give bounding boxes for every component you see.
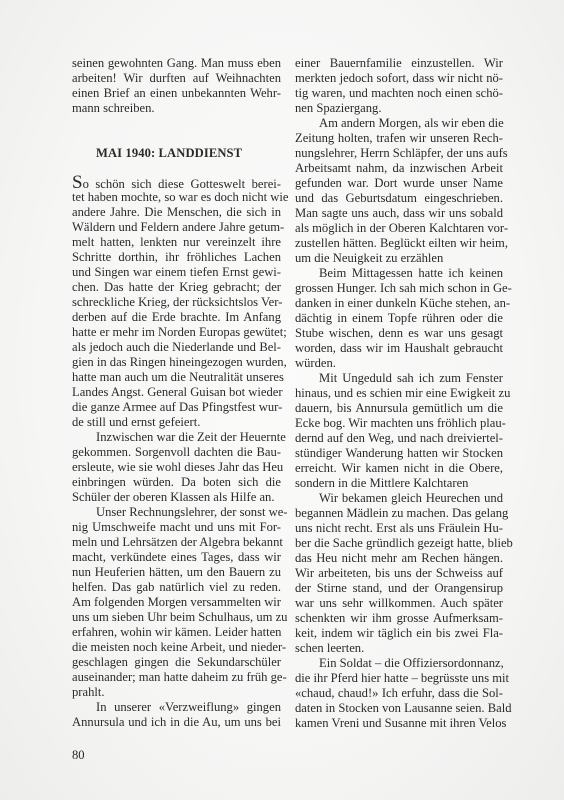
- text-line: ber die Sache gründlich gezeigt hatte, b…: [295, 536, 503, 551]
- text-line: mann schreiben.: [72, 101, 281, 116]
- text-line: helfen. Das gab natürlich viel zu reden.: [72, 580, 281, 595]
- text-line: auseinander; man hatte daheim zu früh ge…: [72, 670, 281, 685]
- text-line: tig waren, und machten noch einen schö-: [295, 86, 503, 101]
- text-line: war uns sehr willkommen. Auch später: [295, 596, 503, 611]
- text-line: dauern, bis Annursula gemütlich um die: [295, 401, 503, 416]
- text-line: der Stirne stand, und der Orangensirup: [295, 581, 503, 596]
- text-line: ersleute, wie sie wohl dieses Jahr das H…: [72, 460, 281, 475]
- text-line: Arbeitsamt nahm, da inzwischen Arbeit: [295, 161, 503, 176]
- text-line: meln und Lehrsätzen der Algebra bekannt: [72, 535, 281, 550]
- text-line: nen Spaziergang.: [295, 101, 503, 116]
- text-line: geschlagen gingen die Sekundarschüler: [72, 655, 281, 670]
- text-line: uns nicht recht. Erst als uns Fräulein H…: [295, 521, 503, 536]
- text-line: worden, dass wir im Haushalt gebraucht: [295, 341, 503, 356]
- first-line-text: o schön sich diese Gotteswelt berei-: [83, 177, 281, 191]
- text-line: daten in Stocken von Lausanne seien. Bal…: [295, 701, 503, 716]
- text-line: andere Jahre. Die Menschen, die sich in: [72, 205, 281, 220]
- text-line: stündiger Wanderung hatten wir Stocken: [295, 446, 503, 461]
- text-line: tet haben mochte, so war es doch nicht w…: [72, 190, 281, 205]
- text-line: uns um sieben Uhr beim Schulhaus, um zu: [72, 610, 281, 625]
- text-line: nun Heuferien hätten, um den Bauern zu: [72, 565, 281, 580]
- text-line: grossen Hunger. Ich sah mich schon in Ge…: [295, 281, 503, 296]
- text-line: und Singen war einem tiefen Ernst gewi-: [72, 265, 281, 280]
- text-line: derben auf die Erde brachte. Im Anfang: [72, 310, 281, 325]
- text-line: Ecke bog. Wir machten uns fröhlich plau-: [295, 416, 503, 431]
- text-line: Landes Angst. General Guisan bot wieder: [72, 385, 281, 400]
- text-line: und das Geburtsdatum eingeschrieben.: [295, 191, 503, 206]
- text-line: melt hatten, lenkten nur vereinzelt ihre: [72, 235, 281, 250]
- text-line: gekommen. Sorgenvoll dachten die Bau-: [72, 445, 281, 460]
- text-line: die ihr Pferd hier hatte – begrüsste uns…: [295, 671, 503, 686]
- text-line: Inzwischen war die Zeit der Heuernte: [72, 430, 281, 445]
- text-line: sondern in die Mittlere Kalchtaren: [295, 476, 503, 491]
- text-line: keit, indem wir täglich ein bis zwei Fla…: [295, 626, 503, 641]
- text-line: Schüler der oberen Klassen als Hilfe an.: [72, 490, 281, 505]
- text-line: die ganze Armee auf Das Pfingstfest wur-: [72, 400, 281, 415]
- text-line: dächtig in einem Topfe rühren oder die: [295, 311, 503, 326]
- text-line: das Heu nicht mehr am Rechen hängen.: [295, 551, 503, 566]
- text-line: hatte man auch um die Neutralität unsere…: [72, 370, 281, 385]
- text-line: gien in das Ringen hineingezogen wurden,: [72, 355, 281, 370]
- text-line: In unserer «Verzweiflung» gingen: [72, 700, 281, 715]
- text-line: Beim Mittagessen hatte ich keinen: [295, 266, 503, 281]
- text-line: Schritte dorthin, ihr fröhliches Lachen: [72, 250, 281, 265]
- text-line: Wir bekamen gleich Heurechen und: [295, 491, 503, 506]
- text-line: Annursula und ich in die Au, um uns bei: [72, 715, 281, 730]
- text-line: macht, verkündete eines Tages, dass wir: [72, 550, 281, 565]
- text-line: prahlt.: [72, 685, 281, 700]
- text-line: hatte er mehr im Norden Europas gewütet;: [72, 325, 281, 340]
- text-line: erfahren, wohin wir kämen. Leider hatten: [72, 625, 281, 640]
- text-line: Am andern Morgen, als wir eben die: [295, 116, 503, 131]
- text-line: begannen Mädlein zu machen. Das gelang: [295, 506, 503, 521]
- text-line: kamen Vreni und Susanne mit ihren Velos: [295, 716, 503, 731]
- text-line: schen leerten.: [295, 641, 503, 656]
- text-line: Ein Soldat – die Offiziersordonnanz,: [295, 656, 503, 671]
- text-line: Stube wischen, denn es war uns gesagt: [295, 326, 503, 341]
- text-line: als jedoch auch die Niederlande und Bel-: [72, 340, 281, 355]
- text-line: erreicht. Wir kamen nicht in die Obere,: [295, 461, 503, 476]
- left-column: seinen gewohnten Gang. Man muss ebenarbe…: [72, 56, 281, 730]
- text-line: Am folgenden Morgen versammelten wir: [72, 595, 281, 610]
- text-line: einbringen würden. Da boten sich die: [72, 475, 281, 490]
- text-line: danken in einer dunkeln Küche stehen, an…: [295, 296, 503, 311]
- text-line: gefunden war. Dort wurde unser Name: [295, 176, 503, 191]
- right-column: einer Bauernfamilie einzustellen. Wirmer…: [295, 56, 503, 731]
- text-line: zustellen hätten. Beglückt eilten wir he…: [295, 236, 503, 251]
- text-line: merkten jedoch sofort, dass wir nicht nö…: [295, 71, 503, 86]
- book-page: seinen gewohnten Gang. Man muss ebenarbe…: [0, 0, 564, 800]
- text-line: schenkten wir ihm grosse Aufmerksam-: [295, 611, 503, 626]
- text-line: Wäldern und Feldern andere Jahre getum-: [72, 220, 281, 235]
- text-line: Unser Rechnungslehrer, der sonst we-: [72, 505, 281, 520]
- page-number: 80: [72, 748, 85, 763]
- text-line: chen. Das hatte der Krieg gebracht; der: [72, 280, 281, 295]
- text-line: einen Brief an einen unbekannten Wehr-: [72, 86, 281, 101]
- body-text: tet haben mochte, so war es doch nicht w…: [72, 190, 281, 730]
- text-line: um die Neuigkeit zu erzählen: [295, 251, 503, 266]
- text-line: Man sagte uns auch, dass wir uns sobald: [295, 206, 503, 221]
- text-line: die meisten noch keine Arbeit, und niede…: [72, 640, 281, 655]
- text-line: Wir arbeiteten, bis uns der Schweiss auf: [295, 566, 503, 581]
- text-line: nig Umschweife macht und uns mit For-: [72, 520, 281, 535]
- text-line: nungslehrer, Herrn Schläpfer, der uns au…: [295, 146, 503, 161]
- body-text: einer Bauernfamilie einzustellen. Wirmer…: [295, 56, 503, 731]
- text-line: de still und ernst gefeiert.: [72, 415, 281, 430]
- text-line: «chaud, chaud!» Ich erfuhr, dass die Sol…: [295, 686, 503, 701]
- section-heading: MAI 1940: LANDDIENST: [72, 146, 281, 161]
- first-line-with-dropcap: So schön sich diese Gotteswelt berei-: [72, 175, 281, 190]
- text-line: seinen gewohnten Gang. Man muss eben: [72, 56, 281, 71]
- text-line: würden.: [295, 356, 503, 371]
- text-line: arbeiten! Wir durften auf Weihnachten: [72, 71, 281, 86]
- text-line: Zeitung holten, trafen wir unseren Rech-: [295, 131, 503, 146]
- text-line: dernd auf den Weg, und nach dreiviertel-: [295, 431, 503, 446]
- text-line: einer Bauernfamilie einzustellen. Wir: [295, 56, 503, 71]
- paragraph-continued: seinen gewohnten Gang. Man muss ebenarbe…: [72, 56, 281, 116]
- text-line: hinaus, und es schien mir eine Ewigkeit …: [295, 386, 503, 401]
- text-line: Mit Ungeduld sah ich zum Fenster: [295, 371, 503, 386]
- text-line: als möglich in der Oberen Kalchtaren vor…: [295, 221, 503, 236]
- text-line: schreckliche Krieg, der rücksichtslos Ve…: [72, 295, 281, 310]
